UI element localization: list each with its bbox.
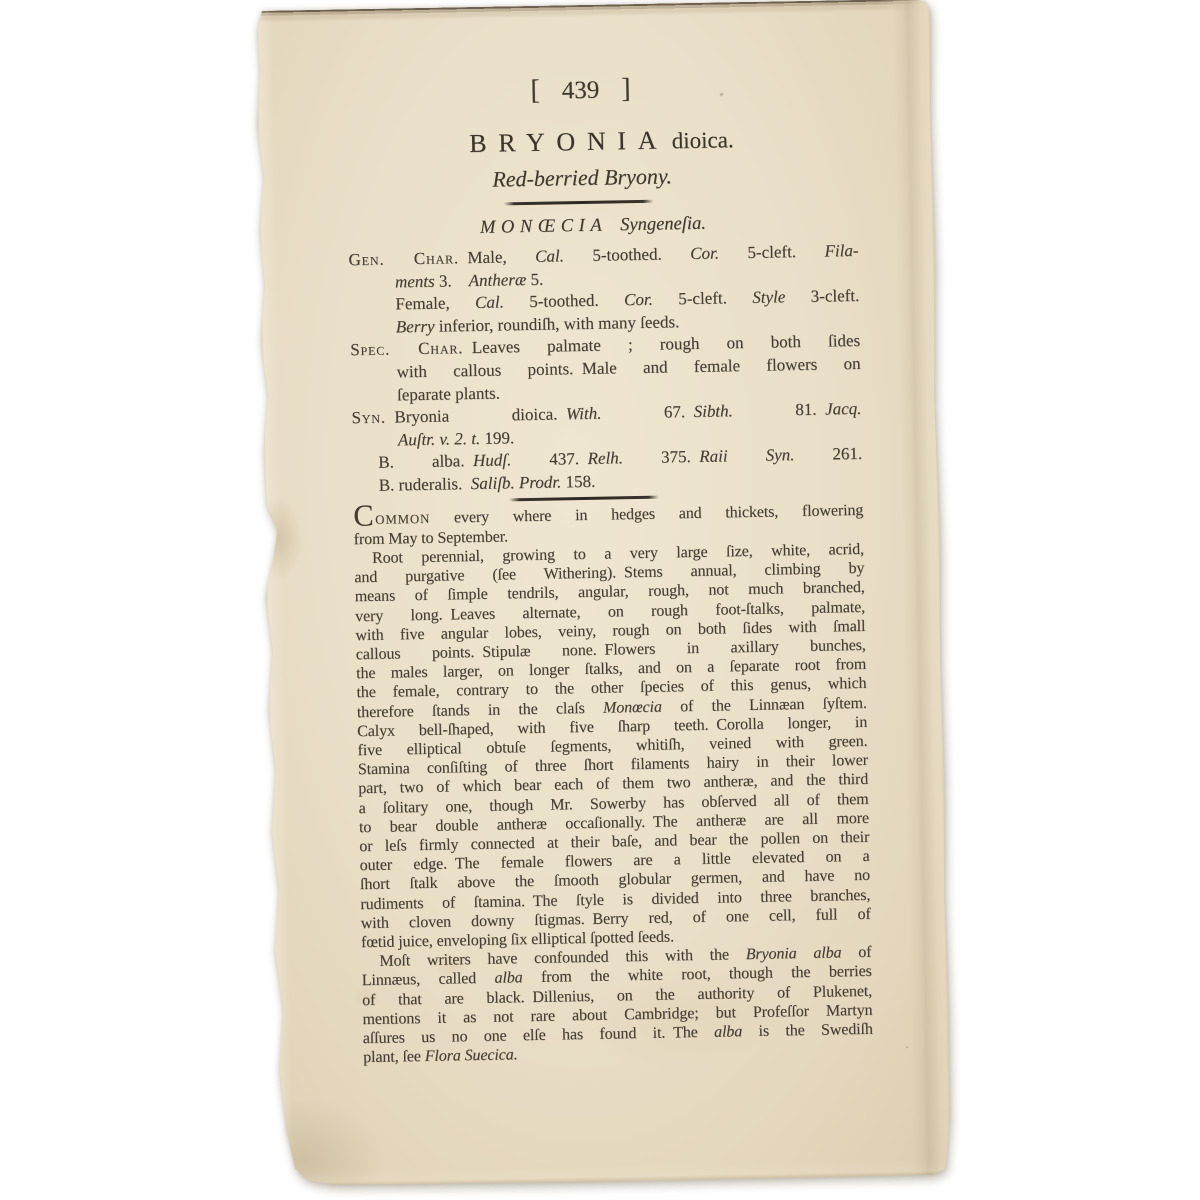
divider-rule-body [509, 495, 659, 501]
bracket-open: [ [530, 75, 540, 106]
scan-background: [439] BRYONIAdioica. Red-berried Bryony.… [0, 0, 1200, 1200]
page-number-line: [439] [325, 70, 835, 110]
book-page: [439] BRYONIAdioica. Red-berried Bryony.… [252, 0, 953, 1188]
text-line: MONŒCIA Syngeneſia. [338, 208, 848, 243]
paper-crease [892, 0, 942, 1176]
species-title: BRYONIAdioica. [346, 121, 857, 163]
description-text: COMMON every where in hedges and thicket… [353, 500, 873, 1067]
divider-rule-top [504, 200, 654, 206]
gen-char-section: Gen. Char. Male, Cal. 5-toothed. Cor. 5-… [348, 240, 860, 340]
page-number: 439 [562, 77, 600, 105]
syn-section: Syn. Bryonia dioica. With. 67. Sibth. 81… [351, 398, 863, 498]
genus-name: BRYONIA [469, 125, 668, 158]
page-shadow: [439] BRYONIAdioica. Red-berried Bryony.… [0, 0, 1200, 1200]
species-epithet: dioica. [671, 127, 733, 153]
spec-char-section: Spec. Char. Leaves palmate ; rough on bo… [350, 330, 861, 407]
page-content: [439] BRYONIAdioica. Red-berried Bryony.… [344, 0, 873, 1068]
class-order-line: MONŒCIA Syngeneſia. [338, 208, 848, 243]
common-name: Red-berried Bryony. [327, 159, 837, 196]
bracket-close: ] [621, 73, 631, 104]
